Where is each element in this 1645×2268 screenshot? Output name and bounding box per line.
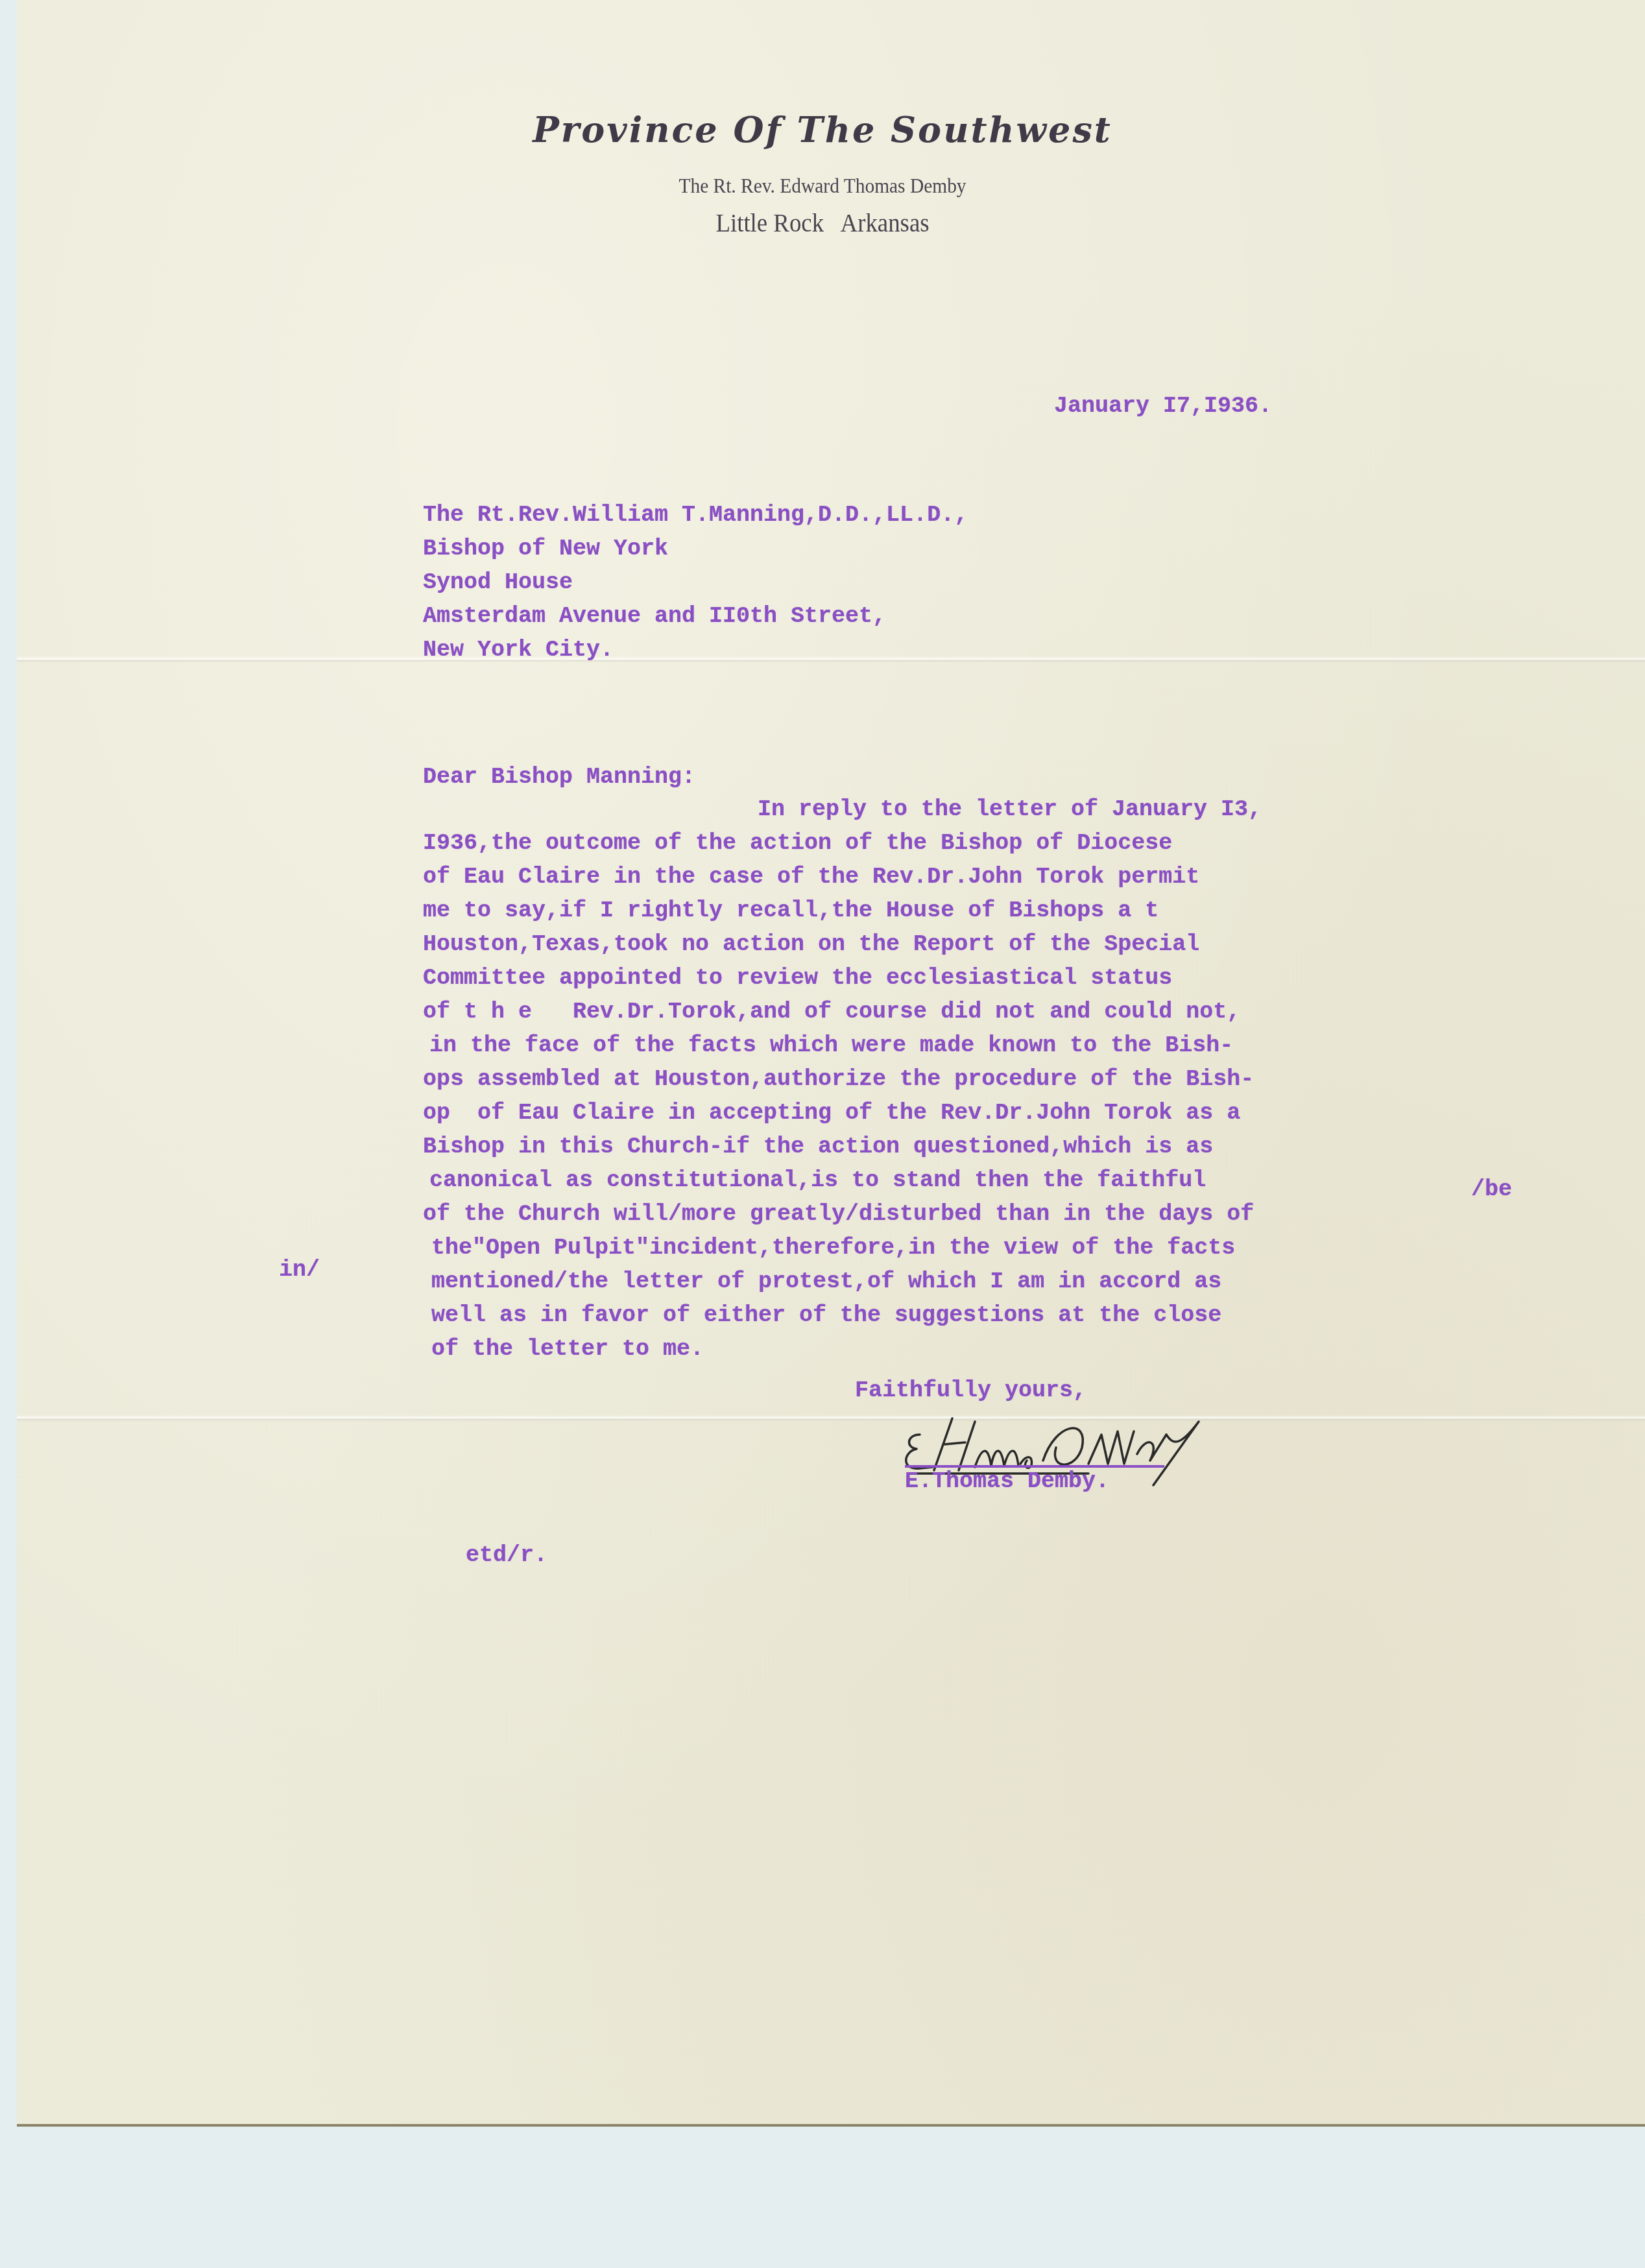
body-line: of t h e Rev.Dr.Torok,and of course did … — [423, 995, 1240, 1029]
body-line: I936,the outcome of the action of the Bi… — [423, 826, 1172, 860]
fold-crease-lower — [17, 1415, 1645, 1422]
recipient-line: Bishop of New York — [423, 532, 668, 566]
recipient-line: The Rt.Rev.William T.Manning,D.D.,LL.D., — [423, 498, 968, 532]
typist-initials: etd/r. — [466, 1538, 547, 1572]
body-line: me to say,if I rightly recall,the House … — [423, 894, 1159, 927]
signature-name: E.Thomas Demby. — [905, 1464, 1109, 1498]
body-line: of Eau Claire in the case of the Rev.Dr.… — [423, 860, 1199, 894]
letterhead-title: Province Of The Southwest — [0, 109, 1645, 150]
body-line: in the face of the facts which were made… — [429, 1029, 1233, 1062]
margin-note-right: /be — [1471, 1173, 1512, 1206]
letter-date: January I7,I936. — [1054, 389, 1272, 423]
recipient-line: Synod House — [423, 566, 573, 599]
fold-crease-upper — [17, 656, 1645, 663]
body-line: In reply to the letter of January I3, — [758, 793, 1262, 826]
body-line: of the letter to me. — [431, 1332, 704, 1366]
body-line: Bishop in this Church-if the action ques… — [423, 1130, 1213, 1164]
closing: Faithfully yours, — [855, 1374, 1087, 1407]
body-line: Houston,Texas,took no action on the Repo… — [423, 927, 1199, 961]
body-line: mentioned/the letter of protest,of which… — [431, 1265, 1221, 1298]
body-line: ops assembled at Houston,authorize the p… — [423, 1062, 1254, 1096]
body-line: Committee appointed to review the eccles… — [423, 961, 1172, 995]
recipient-line: Amsterdam Avenue and II0th Street, — [423, 599, 886, 633]
margin-note-left: in/ — [279, 1253, 320, 1287]
letterhead-name: The Rt. Rev. Edward Thomas Demby — [66, 174, 1579, 198]
body-line: the"Open Pulpit"incident,therefore,in th… — [431, 1231, 1235, 1265]
letterhead-city: Little Rock Arkansas — [66, 208, 1579, 238]
body-line: op of Eau Claire in accepting of the Rev… — [423, 1096, 1240, 1130]
salutation: Dear Bishop Manning: — [423, 760, 695, 794]
body-line: well as in favor of either of the sugges… — [431, 1298, 1221, 1332]
recipient-line: New York City. — [423, 633, 614, 667]
body-line: of the Church will/more greatly/disturbe… — [423, 1197, 1254, 1231]
body-line: canonical as constitutional,is to stand … — [429, 1164, 1206, 1197]
